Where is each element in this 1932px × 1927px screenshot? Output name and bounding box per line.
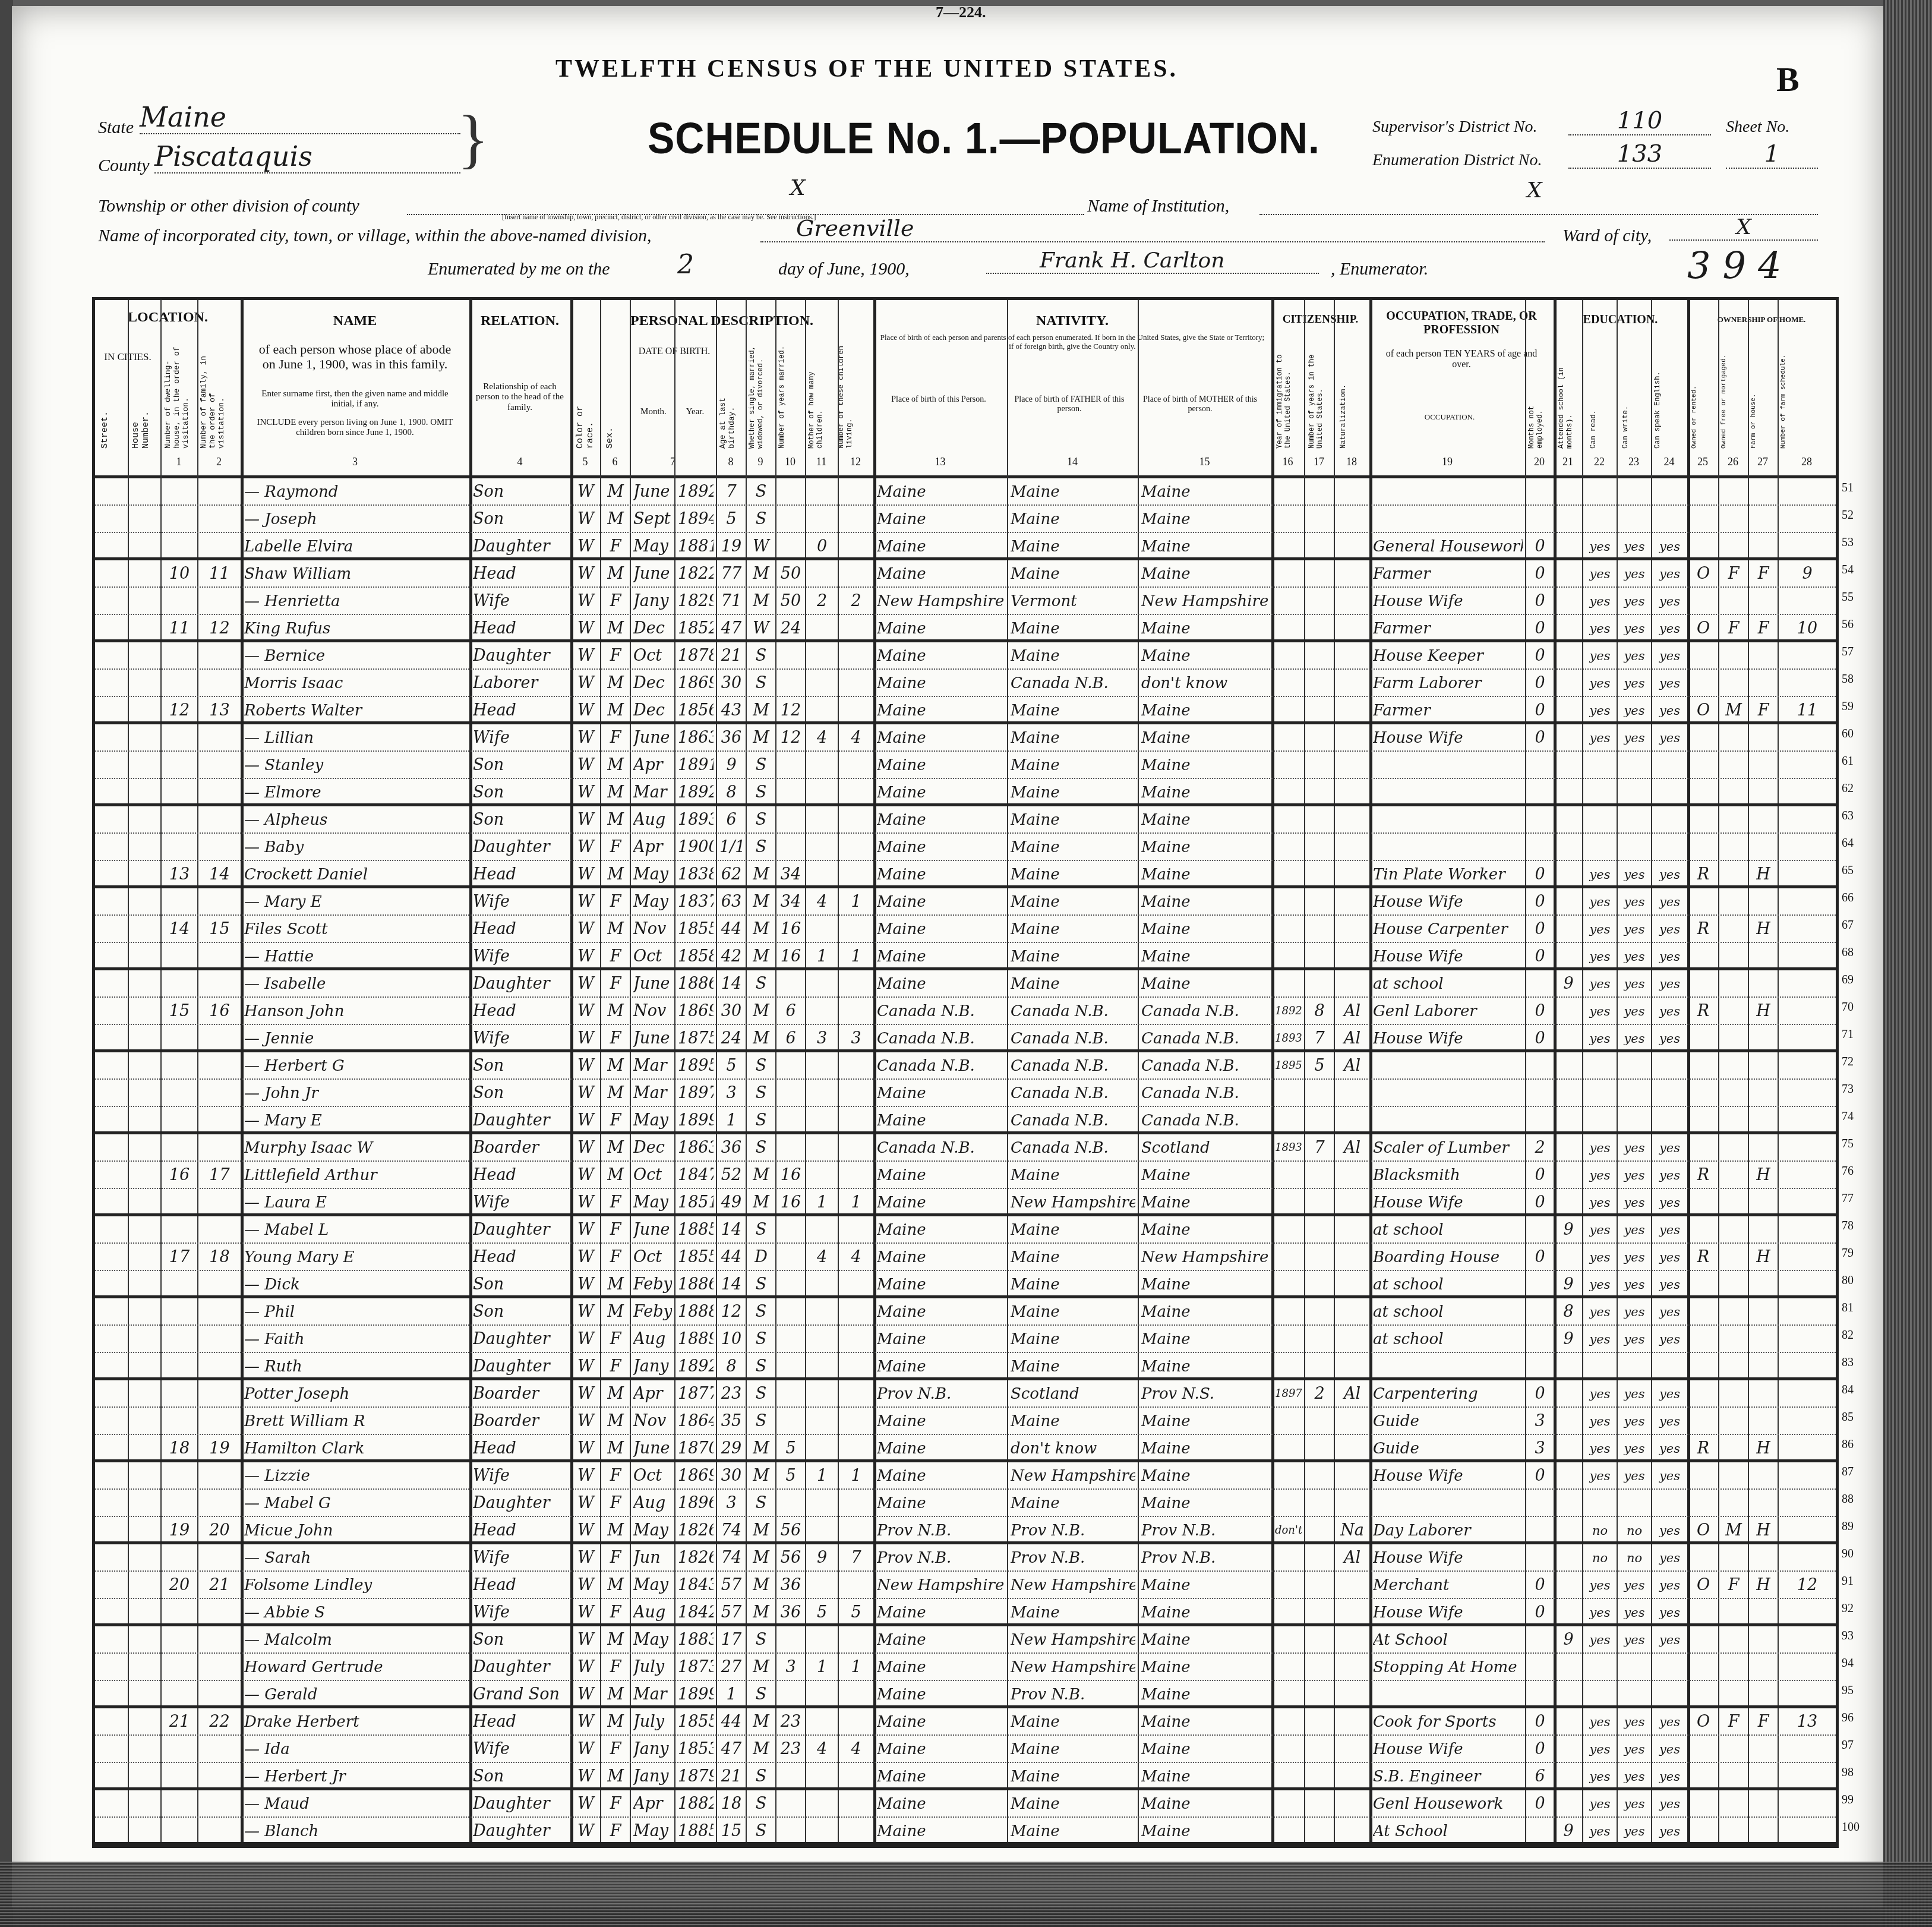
cell-moth [809,1298,835,1326]
cell-yrs [1308,1189,1331,1216]
cell-fsch [1781,1353,1833,1380]
cell-age: 8 [719,1353,743,1380]
cell-free [1722,916,1745,943]
cell-name: — Malcolm [244,1626,467,1654]
line-number: 95 [1842,1684,1854,1698]
cell-ym: 16 [779,916,803,943]
cell-read: yes [1586,861,1614,888]
cell-imm [1275,1736,1302,1763]
cell-sch [1557,1080,1580,1107]
header-birth-person: Place of birth of this Person. [879,395,998,405]
cell-bp: Maine [877,834,1005,861]
cell-bf: New Hampshire [1011,1572,1135,1599]
cell-dw [164,1134,195,1162]
cell-nat [1337,970,1367,998]
cell-ym [779,1271,803,1298]
cell-unemp: 0 [1529,724,1551,752]
cell-nat: Al [1337,1380,1367,1408]
cell-bf: Maine [1011,724,1135,752]
cell-bp: Maine [877,861,1005,888]
cell-rel: Daughter [473,1326,568,1353]
cell-name: — Lillian [244,724,467,752]
cell-color: W [574,1326,598,1353]
cell-year: 1822 [678,560,714,588]
cell-bf: Maine [1011,533,1135,560]
header-occupation: OCCUPATION. [1378,413,1521,422]
cell-fam [201,1626,238,1654]
cell-color: W [574,1790,598,1818]
header-free-mortgaged: Owned free or mortgaged. [1721,348,1728,449]
cell-eng: yes [1655,533,1685,560]
cell-unemp [1529,1517,1551,1544]
cell-imm [1275,1162,1302,1189]
cell-fsch [1781,1408,1833,1435]
cell-name: — Sarah [244,1544,467,1572]
cell-imm [1275,1189,1302,1216]
cell-unemp: 0 [1529,888,1551,916]
cell-name: — Bernice [244,642,467,670]
cell-free [1722,1544,1745,1572]
cell-mar: S [749,779,773,806]
cell-year: 1896 [678,1490,714,1517]
cell-bm: Maine [1141,1162,1269,1189]
cell-liv: 4 [841,1736,871,1763]
table-row: — JosephSonWMSept18945SMaineMaineMaine [95,506,1836,533]
cell-bm: Maine [1141,779,1269,806]
cell-free: M [1722,1517,1745,1544]
cell-sex: F [604,943,627,970]
cell-age: 21 [719,642,743,670]
cell-moth [809,861,835,888]
cell-bm: Maine [1141,697,1269,724]
column-number: 13 [873,456,1007,468]
cell-liv [841,670,871,697]
cell-bf: Maine [1011,1490,1135,1517]
cell-eng: yes [1655,697,1685,724]
cell-sch [1557,1599,1580,1626]
cell-bm: Maine [1141,970,1269,998]
cell-occ: at school [1373,1271,1523,1298]
cell-year: 1886 [678,1271,714,1298]
cell-year: 1892 [678,478,714,506]
table-header: LOCATION. IN CITIES. Street. House Numbe… [95,300,1836,478]
header-relation-desc: Relationship of each person to the head … [475,382,564,413]
cell-fsch [1781,670,1833,697]
cell-rel: Daughter [473,834,568,861]
table-row: — Herbert JrSonWMJany187921SMaineMaineMa… [95,1763,1836,1790]
cell-sch [1557,615,1580,642]
cell-moth: 3 [809,1025,835,1052]
cell-unemp [1529,1818,1551,1845]
cell-unemp [1529,1681,1551,1708]
cell-bp: Maine [877,1216,1005,1244]
cell-occ: Scaler of Lumber [1373,1134,1523,1162]
cell-sex: F [604,1818,627,1845]
cell-age: 3 [719,1080,743,1107]
scan-edge-left [0,0,13,1927]
cell-occ: House Wife [1373,588,1523,615]
cell-nat [1337,1790,1367,1818]
cell-sex: M [604,1134,627,1162]
cell-name: King Rufus [244,615,467,642]
cell-mar: S [749,1052,773,1080]
cell-bf: Maine [1011,916,1135,943]
cell-farm [1751,1134,1775,1162]
cell-mar: S [749,1408,773,1435]
cell-fam [201,779,238,806]
header-name-desc: of each person whose place of abode on J… [252,342,457,372]
cell-rel: Son [473,1271,568,1298]
cell-name: — Ida [244,1736,467,1763]
cell-bp: Maine [877,506,1005,533]
cell-age: 1 [719,1107,743,1134]
cell-mar: M [749,724,773,752]
cell-ym: 24 [779,615,803,642]
cell-read: yes [1586,1326,1614,1353]
cell-farm [1751,670,1775,697]
line-number: 56 [1842,618,1854,632]
cell-imm [1275,697,1302,724]
cell-month: Oct [633,1162,672,1189]
cell-month: May [633,1189,672,1216]
cell-sch: 9 [1557,1818,1580,1845]
cell-liv [841,1380,871,1408]
cell-rel: Daughter [473,642,568,670]
cell-color: W [574,478,598,506]
cell-nat [1337,1708,1367,1736]
cell-rel: Head [473,615,568,642]
cell-rel: Boarder [473,1134,568,1162]
cell-free [1722,752,1745,779]
cell-rel: Son [473,752,568,779]
cell-year: 1885 [678,1818,714,1845]
cell-read: yes [1586,724,1614,752]
cell-dw [164,1080,195,1107]
cell-eng [1655,779,1685,806]
line-number: 58 [1842,673,1854,686]
cell-occ [1373,1052,1523,1080]
cell-mar: S [749,1818,773,1845]
cell-ym [779,1790,803,1818]
cell-own [1691,642,1716,670]
cell-sch [1557,943,1580,970]
line-number: 76 [1842,1165,1854,1178]
cell-sex: M [604,1052,627,1080]
cell-rel: Daughter [473,1818,568,1845]
cell-nat [1337,1681,1367,1708]
cell-fsch [1781,998,1833,1025]
cell-own [1691,1052,1716,1080]
cell-fam [201,1353,238,1380]
header-citizenship: CITIZENSHIP. [1271,313,1369,326]
cell-occ: at school [1373,1326,1523,1353]
cell-month: Apr [633,1380,672,1408]
cell-farm: H [1751,916,1775,943]
cell-own [1691,1216,1716,1244]
cell-ym [779,1380,803,1408]
cell-yrs: 7 [1308,1025,1331,1052]
cell-farm: F [1751,615,1775,642]
cell-liv [841,1326,871,1353]
cell-sch [1557,533,1580,560]
cell-free [1722,861,1745,888]
cell-mar: M [749,697,773,724]
cell-imm [1275,806,1302,834]
cell-eng [1655,1681,1685,1708]
cell-eng: yes [1655,1708,1685,1736]
cell-fsch: 11 [1781,697,1833,724]
cell-age: 36 [719,1134,743,1162]
cell-farm [1751,1490,1775,1517]
cell-own [1691,724,1716,752]
column-number: 10 [775,456,805,468]
cell-month: Oct [633,1462,672,1490]
cell-mar: M [749,1544,773,1572]
cell-dw [164,1353,195,1380]
cell-fam [201,1681,238,1708]
cell-dw: 20 [164,1572,195,1599]
cell-dw [164,1681,195,1708]
cell-age: 27 [719,1654,743,1681]
cell-color: W [574,642,598,670]
cell-farm [1751,1298,1775,1326]
cell-unemp: 0 [1529,1736,1551,1763]
cell-ym [779,1818,803,1845]
cell-year: 1863 [678,724,714,752]
cell-nat [1337,1107,1367,1134]
cell-free [1722,1599,1745,1626]
cell-mar: D [749,1244,773,1271]
header-children-living: Number of these children living. [838,342,854,449]
cell-rel: Wife [473,1462,568,1490]
cell-name: Shaw William [244,560,467,588]
cell-dw [164,1052,195,1080]
cell-rel: Head [473,861,568,888]
cell-dw [164,970,195,998]
cell-write: yes [1620,1380,1649,1408]
table-row: 1617Littlefield ArthurHeadWMOct184752M16… [95,1162,1836,1189]
cell-year: 1875 [678,1025,714,1052]
table-row: — HattieWifeWFOct185842M1611MaineMaineMa… [95,943,1836,970]
cell-liv [841,1490,871,1517]
cell-own [1691,806,1716,834]
cell-eng [1655,478,1685,506]
cell-ym: 16 [779,1162,803,1189]
cell-yrs [1308,834,1331,861]
cell-color: W [574,1818,598,1845]
cell-read: yes [1586,1271,1614,1298]
cell-bp: Canada N.B. [877,1134,1005,1162]
cell-yrs [1308,1435,1331,1462]
cell-year: 1881 [678,533,714,560]
line-number: 68 [1842,946,1854,960]
cell-unemp: 0 [1529,588,1551,615]
cell-own: R [1691,1244,1716,1271]
cell-year: 1858 [678,943,714,970]
cell-yrs [1308,1462,1331,1490]
cell-occ: House Wife [1373,1025,1523,1052]
cell-age: 77 [719,560,743,588]
cell-dw [164,1189,195,1216]
table-row: — Laura EWifeWFMay185149M1611MaineNew Ha… [95,1189,1836,1216]
cell-color: W [574,1626,598,1654]
cell-ym [779,1490,803,1517]
cell-ym [779,642,803,670]
cell-bm: Scotland [1141,1134,1269,1162]
cell-color: W [574,1572,598,1599]
cell-nat [1337,916,1367,943]
header-nativity: NATIVITY. [873,313,1271,330]
cell-mar: S [749,1681,773,1708]
cell-ym: 36 [779,1572,803,1599]
cell-read: no [1586,1517,1614,1544]
cell-unemp [1529,506,1551,533]
cell-farm [1751,888,1775,916]
cell-month: May [633,861,672,888]
cell-farm [1751,1107,1775,1134]
cell-dw [164,1107,195,1134]
cell-bm: Maine [1141,533,1269,560]
cell-moth: 0 [809,533,835,560]
cell-sch [1557,861,1580,888]
cell-mar: S [749,806,773,834]
cell-yrs [1308,615,1331,642]
cell-yrs [1308,478,1331,506]
cell-occ: House Wife [1373,888,1523,916]
cell-farm: H [1751,1244,1775,1271]
cell-write [1620,779,1649,806]
line-number: 94 [1842,1657,1854,1670]
cell-occ: House Wife [1373,1462,1523,1490]
cell-farm [1751,834,1775,861]
cell-rel: Son [473,779,568,806]
cell-write: yes [1620,1189,1649,1216]
cell-write: yes [1620,1435,1649,1462]
cell-liv: 4 [841,1244,871,1271]
cell-name: — Mary E [244,888,467,916]
cell-bp: Maine [877,1435,1005,1462]
header-birth-mother: Place of birth of MOTHER of this person. [1141,395,1259,414]
cell-nat [1337,806,1367,834]
cell-color: W [574,724,598,752]
cell-bm: Maine [1141,1326,1269,1353]
cell-write [1620,752,1649,779]
cell-sch [1557,697,1580,724]
cell-unemp: 0 [1529,1572,1551,1599]
cell-mar: M [749,1654,773,1681]
cell-farm [1751,1271,1775,1298]
cell-free: M [1722,697,1745,724]
cell-imm [1275,1080,1302,1107]
cell-ym: 5 [779,1435,803,1462]
column-number: 1 [160,456,197,468]
table-row: — RuthDaughterWFJany18928SMaineMaineMain… [95,1353,1836,1380]
cell-fsch [1781,1298,1833,1326]
cell-farm [1751,970,1775,998]
cell-dw: 17 [164,1244,195,1271]
header-name-instr2: INCLUDE every person living on June 1, 1… [252,418,457,439]
cell-sch [1557,916,1580,943]
cell-dw: 14 [164,916,195,943]
cell-moth [809,478,835,506]
header-owned-rented: Owned or rented. [1691,365,1699,449]
cell-sex: M [604,861,627,888]
header-age: Age at last birthday. [719,359,737,449]
cell-read: yes [1586,615,1614,642]
cell-farm [1751,1681,1775,1708]
cell-year: 1886 [678,970,714,998]
cell-month: June [633,1025,672,1052]
cell-age: 14 [719,970,743,998]
cell-own [1691,752,1716,779]
cell-bm: Maine [1141,1572,1269,1599]
cell-mar: M [749,943,773,970]
cell-eng: yes [1655,1517,1685,1544]
cell-ym [779,533,803,560]
cell-fam [201,1025,238,1052]
cell-moth [809,1353,835,1380]
cell-rel: Wife [473,1025,568,1052]
cell-own [1691,1681,1716,1708]
cell-sch: 9 [1557,1271,1580,1298]
cell-mar: S [749,642,773,670]
cell-write: no [1620,1544,1649,1572]
cell-name: Micue John [244,1517,467,1544]
cell-yrs: 2 [1308,1380,1331,1408]
cell-yrs [1308,1517,1331,1544]
cell-eng: yes [1655,1572,1685,1599]
cell-color: W [574,615,598,642]
cell-free [1722,1490,1745,1517]
cell-ym: 34 [779,861,803,888]
cell-read: yes [1586,1708,1614,1736]
cell-ym [779,1052,803,1080]
cell-fam: 19 [201,1435,238,1462]
cell-write [1620,834,1649,861]
cell-unemp: 0 [1529,998,1551,1025]
cell-read: yes [1586,1298,1614,1326]
cell-bm: Canada N.B. [1141,1025,1269,1052]
cell-sex: F [604,1353,627,1380]
form-number: 7—224. [936,4,986,21]
cell-ym [779,752,803,779]
cell-dw [164,1818,195,1845]
cell-imm [1275,1681,1302,1708]
cell-bp: Maine [877,724,1005,752]
cell-fam [201,1107,238,1134]
table-row: 1718Young Mary EHeadWFOct185544D44MaineM… [95,1244,1836,1271]
cell-sch [1557,724,1580,752]
cell-month: Aug [633,1599,672,1626]
cell-yrs [1308,752,1331,779]
cell-unemp [1529,1326,1551,1353]
cell-yrs [1308,1544,1331,1572]
cell-farm: H [1751,1162,1775,1189]
cell-mar: M [749,1162,773,1189]
cell-farm [1751,943,1775,970]
cell-unemp: 0 [1529,560,1551,588]
cell-farm [1751,724,1775,752]
cell-color: W [574,1216,598,1244]
cell-mar: S [749,970,773,998]
cell-imm [1275,615,1302,642]
cell-color: W [574,1599,598,1626]
cell-farm [1751,1544,1775,1572]
cell-free [1722,1080,1745,1107]
cell-name: — Mabel L [244,1216,467,1244]
cell-farm [1751,1052,1775,1080]
cell-ym: 50 [779,588,803,615]
